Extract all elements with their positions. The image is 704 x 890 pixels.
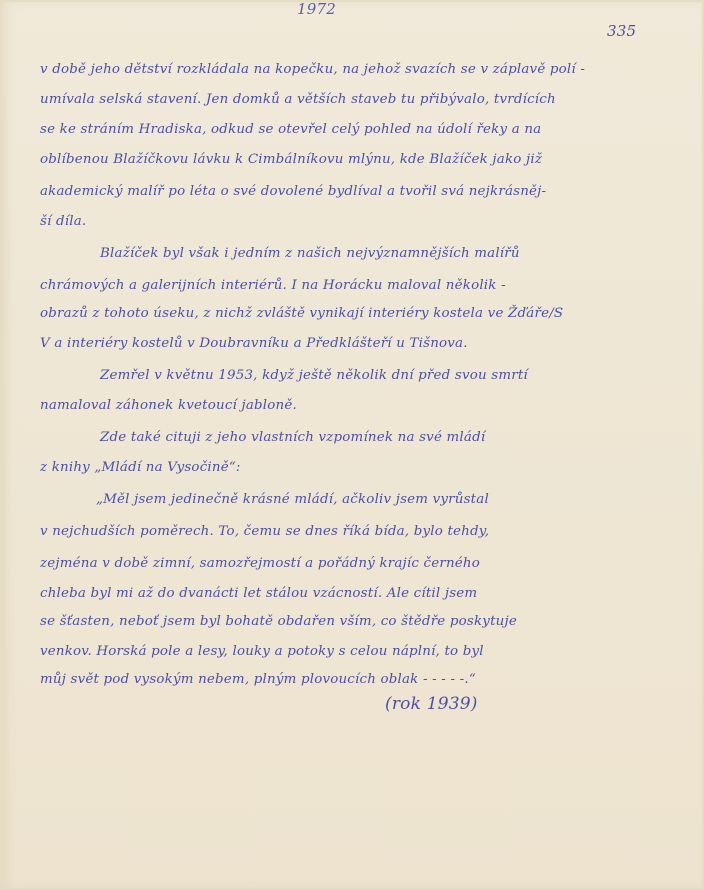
text-line: umívala selská stavení. Jen domků a větš… — [40, 92, 556, 107]
text-line: z knihy „Mládí na Vysočině“: — [40, 460, 241, 475]
text-line: ší díla. — [40, 214, 86, 229]
text-line: Zemřel v květnu 1953, když ještě několik… — [100, 368, 528, 383]
quote-line: zejména v době zimní, samozřejmostí a po… — [40, 556, 480, 571]
text-line: v době jeho dětství rozkládala na kopečk… — [40, 62, 585, 77]
text-line: oblíbenou Blažíčkovu lávku k Cimbálníkov… — [40, 152, 542, 167]
quote-line: chleba byl mi až do dvanácti let stálou … — [40, 586, 477, 601]
header-year: 1972 — [297, 0, 336, 18]
text-line: obrazů z tohoto úseku, z nichž zvláště v… — [40, 306, 563, 321]
text-line: se ke stráním Hradiska, odkud se otevřel… — [40, 122, 541, 137]
quote-line: se šťasten, neboť jsem byl bohatě obdaře… — [40, 614, 517, 629]
quote-line: „Měl jsem jedinečně krásné mládí, ačkoli… — [96, 492, 489, 507]
text-line: Blažíček byl však i jedním z našich nejv… — [100, 246, 520, 261]
page-number: 335 — [607, 22, 636, 40]
quote-line: v nejchudších poměrech. To, čemu se dnes… — [40, 524, 489, 539]
text-line: chrámových a galerijních interiérů. I na… — [40, 278, 506, 293]
quote-line: venkov. Horská pole a lesy, louky a poto… — [40, 644, 484, 659]
text-line: namaloval záhonek kvetoucí jabloně. — [40, 398, 297, 413]
quote-line: můj svět pod vysokým nebem, plným plovou… — [40, 672, 476, 687]
manuscript-page: 1972 335 v době jeho dětství rozkládala … — [0, 0, 704, 890]
text-line: Zde také cituji z jeho vlastních vzpomín… — [100, 430, 485, 445]
text-line: V a interiéry kostelů v Doubravníku a Př… — [40, 336, 468, 351]
closing-note: (rok 1939) — [385, 694, 478, 714]
text-line: akademický malíř po léta o své dovolené … — [40, 184, 546, 199]
